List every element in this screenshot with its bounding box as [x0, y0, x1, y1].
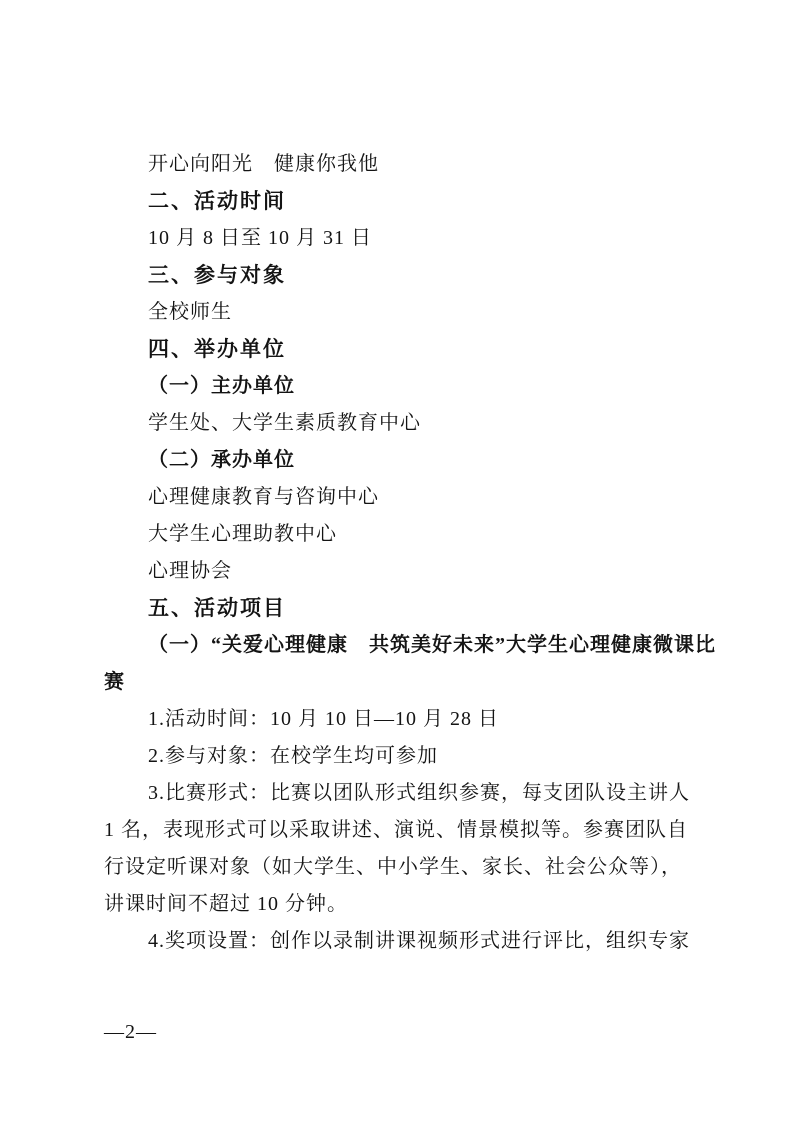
text-line: 三、参与对象: [104, 257, 692, 294]
text-line: 大学生心理助教中心: [104, 516, 692, 553]
text-line: 3.比赛形式：比赛以团队形式组织参赛，每支团队设主讲人: [104, 775, 692, 812]
text-line: 二、活动时间: [104, 183, 692, 220]
text-line: 10 月 8 日至 10 月 31 日: [104, 220, 692, 257]
text-line: 心理协会: [104, 553, 692, 590]
text-line: 赛: [104, 664, 692, 701]
text-line: 四、举办单位: [104, 331, 692, 368]
document-page: 开心向阳光 健康你我他二、活动时间10 月 8 日至 10 月 31 日三、参与…: [0, 0, 793, 1122]
document-body: 开心向阳光 健康你我他二、活动时间10 月 8 日至 10 月 31 日三、参与…: [104, 146, 692, 960]
text-line: 心理健康教育与咨询中心: [104, 479, 692, 516]
text-line: 2.参与对象：在校学生均可参加: [104, 738, 692, 775]
text-line: 1 名，表现形式可以采取讲述、演说、情景模拟等。参赛团队自: [104, 812, 692, 849]
text-line: 行设定听课对象（如大学生、中小学生、家长、社会公众等），: [104, 849, 692, 886]
text-line: 全校师生: [104, 294, 692, 331]
text-line: 1.活动时间：10 月 10 日—10 月 28 日: [104, 701, 692, 738]
text-line: 学生处、大学生素质教育中心: [104, 405, 692, 442]
page-number: —2—: [104, 1014, 157, 1051]
text-line: （一）“关爱心理健康 共筑美好未来”大学生心理健康微课比: [104, 627, 692, 664]
text-line: （二）承办单位: [104, 442, 692, 479]
text-line: 讲课时间不超过 10 分钟。: [104, 886, 692, 923]
text-line: （一）主办单位: [104, 368, 692, 405]
text-line: 开心向阳光 健康你我他: [104, 146, 692, 183]
text-line: 4.奖项设置：创作以录制讲课视频形式进行评比，组织专家: [104, 923, 692, 960]
text-line: 五、活动项目: [104, 590, 692, 627]
